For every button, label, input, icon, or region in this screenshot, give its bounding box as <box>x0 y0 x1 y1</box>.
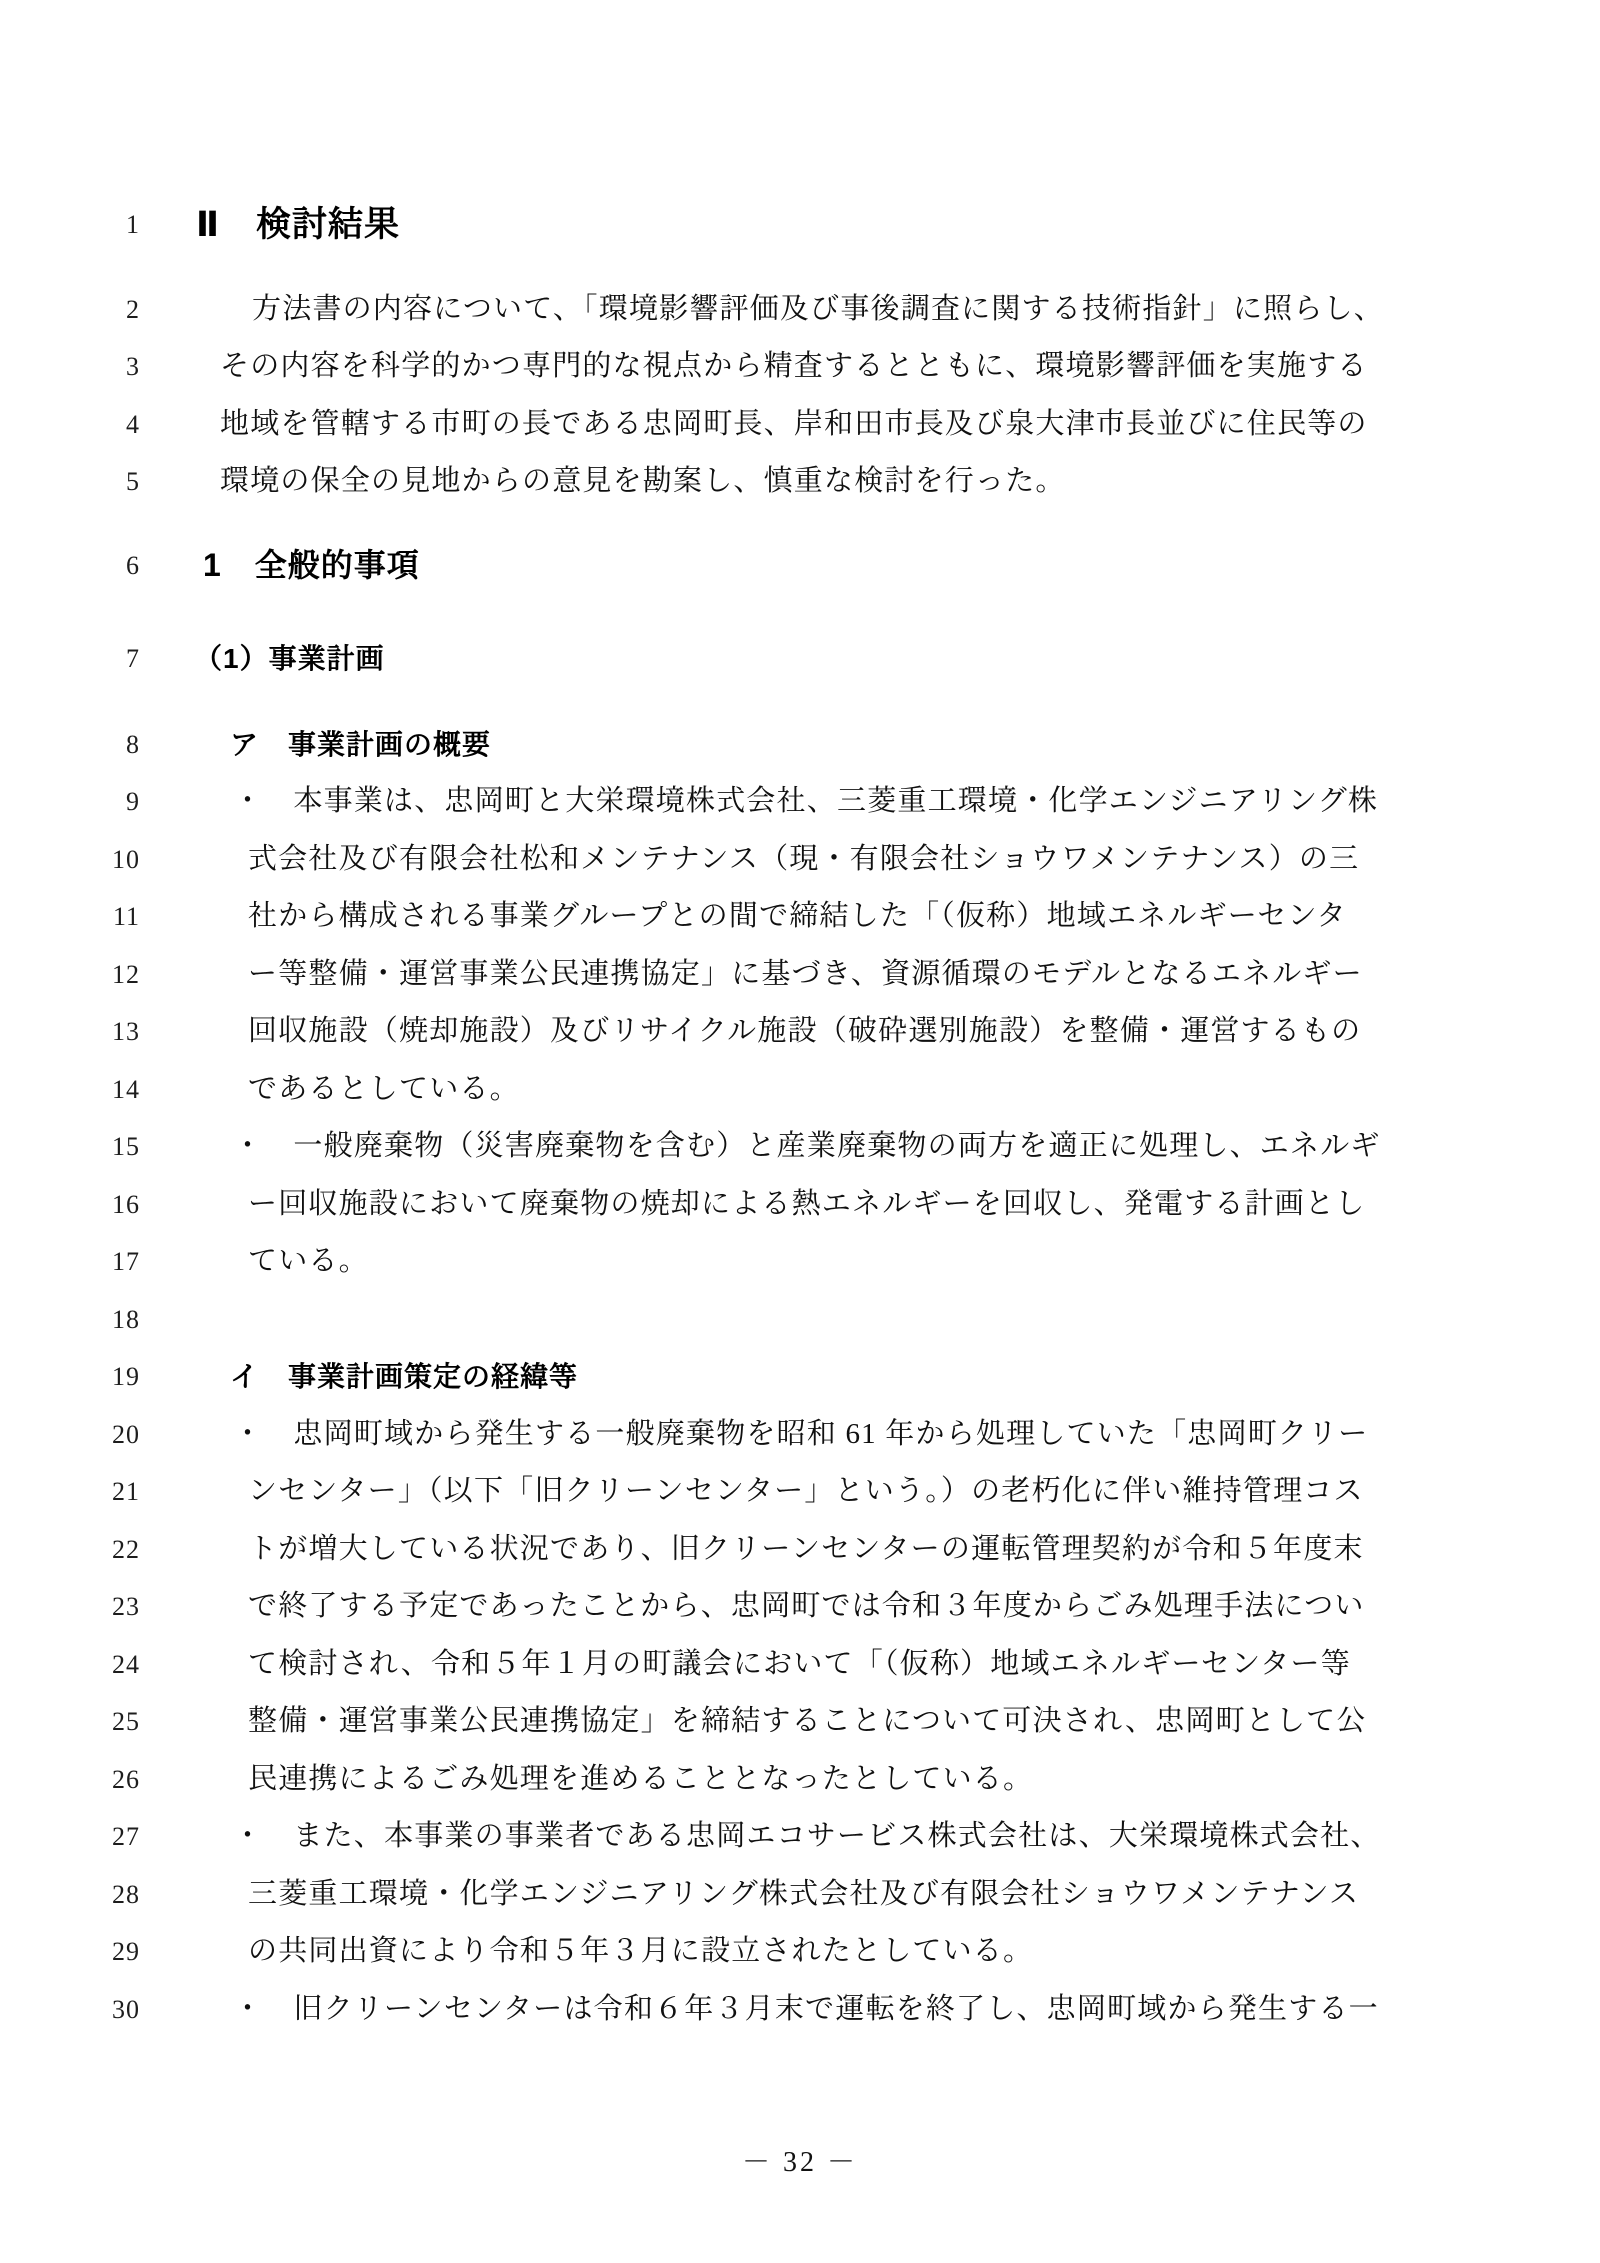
line-number: 13 <box>0 1003 140 1061</box>
line-text: ・ 忠岡町域から発生する一般廃棄物を昭和 61 年から処理していた「忠岡町クリー <box>233 1406 1600 1464</box>
document-line: 24 て検討され、令和５年１月の町議会において「（仮称）地域エネルギーセンター等 <box>0 1636 1600 1694</box>
section-heading-business-plan-overview: 8 ア 事業計画の概要 <box>0 716 1600 774</box>
line-number: 16 <box>0 1176 140 1234</box>
line-number: 21 <box>0 1463 140 1521</box>
line-text: 方法書の内容について、「環境影響評価及び事後調査に関する技術指針」に照らし、 <box>252 281 1600 339</box>
document-line: 12 ー等整備・運営事業公民連携協定」に基づき、資源循環のモデルとなるエネルギー <box>0 946 1600 1004</box>
document-line: 25 整備・運営事業公民連携協定」を締結することについて可決され、忠岡町として公 <box>0 1693 1600 1751</box>
line-number: 6 <box>0 537 140 595</box>
document-line: 17 ている。 <box>0 1233 1600 1291</box>
line-number: 29 <box>0 1923 140 1981</box>
line-text: で終了する予定であったことから、忠岡町では令和３年度からごみ処理手法につい <box>248 1578 1600 1636</box>
document-line: 5 環境の保全の見地からの意見を勘案し、慎重な検討を行った。 <box>0 453 1600 511</box>
line-number: 28 <box>0 1866 140 1924</box>
line-text: 回収施設（焼却施設）及びリサイクル施設（破砕選別施設）を整備・運営するもの <box>248 1003 1600 1061</box>
line-number: 26 <box>0 1751 140 1809</box>
section-heading-review-results: 1 Ⅱ 検討結果 <box>0 196 1600 254</box>
line-text: ・ 一般廃棄物（災害廃棄物を含む）と産業廃棄物の両方を適正に処理し、エネルギ <box>233 1118 1600 1176</box>
line-number: 23 <box>0 1578 140 1636</box>
line-number: 18 <box>0 1291 140 1349</box>
line-number: 19 <box>0 1348 140 1406</box>
document-line: 28 三菱重工環境・化学エンジニアリング株式会社及び有限会社ショウワメンテナンス <box>0 1866 1600 1924</box>
line-number: 27 <box>0 1808 140 1866</box>
line-text: ンセンター」（以下「旧クリーンセンター」という。）の老朽化に伴い維持管理コス <box>248 1463 1600 1521</box>
document-line: 9 ・ 本事業は、忠岡町と大栄環境株式会社、三菱重工環境・化学エンジニアリング株 <box>0 773 1600 831</box>
document-line: 4 地域を管轄する市町の長である忠岡町長、岸和田市長及び泉大津市長並びに住民等の <box>0 396 1600 454</box>
document-line: 30 ・ 旧クリーンセンターは令和６年３月末で運転を終了し、忠岡町域から発生する… <box>0 1981 1600 2039</box>
heading-text: イ 事業計画策定の経緯等 <box>230 1348 1600 1406</box>
line-number: 15 <box>0 1118 140 1176</box>
line-number: 25 <box>0 1693 140 1751</box>
document-line: 13 回収施設（焼却施設）及びリサイクル施設（破砕選別施設）を整備・運営するもの <box>0 1003 1600 1061</box>
line-text: ・ 旧クリーンセンターは令和６年３月末で運転を終了し、忠岡町域から発生する一 <box>233 1981 1600 2039</box>
line-number: 2 <box>0 281 140 339</box>
line-text: 式会社及び有限会社松和メンテナンス（現・有限会社ショウワメンテナンス）の三 <box>248 831 1600 889</box>
document-line: 2 方法書の内容について、「環境影響評価及び事後調査に関する技術指針」に照らし、 <box>0 281 1600 339</box>
document-line: 29 の共同出資により令和５年３月に設立されたとしている。 <box>0 1923 1600 1981</box>
line-number: 7 <box>0 630 140 688</box>
line-number: 4 <box>0 396 140 454</box>
document-line: 22 トが増大している状況であり、旧クリーンセンターの運転管理契約が令和５年度末 <box>0 1521 1600 1579</box>
section-heading-business-plan: 7 （1）事業計画 <box>0 630 1600 688</box>
line-number: 24 <box>0 1636 140 1694</box>
line-text: ー等整備・運営事業公民連携協定」に基づき、資源循環のモデルとなるエネルギー <box>248 946 1600 1004</box>
line-text: ・ 本事業は、忠岡町と大栄環境株式会社、三菱重工環境・化学エンジニアリング株 <box>233 773 1600 831</box>
line-number: 1 <box>0 196 140 254</box>
line-text: トが増大している状況であり、旧クリーンセンターの運転管理契約が令和５年度末 <box>248 1521 1600 1579</box>
line-text: 整備・運営事業公民連携協定」を締結することについて可決され、忠岡町として公 <box>248 1693 1600 1751</box>
document-line: 15 ・ 一般廃棄物（災害廃棄物を含む）と産業廃棄物の両方を適正に処理し、エネル… <box>0 1118 1600 1176</box>
document-line-blank: 18 <box>0 1291 1600 1349</box>
section-heading-general-matters: 6 1 全般的事項 <box>0 537 1600 595</box>
line-text: の共同出資により令和５年３月に設立されたとしている。 <box>248 1923 1600 1981</box>
heading-text: 1 全般的事項 <box>203 537 1600 595</box>
line-text: その内容を科学的かつ専門的な視点から精査するとともに、環境影響評価を実施する <box>220 338 1600 396</box>
line-text: ている。 <box>248 1233 1600 1291</box>
line-number: 9 <box>0 773 140 831</box>
document-line: 16 ー回収施設において廃棄物の焼却による熱エネルギーを回収し、発電する計画とし <box>0 1176 1600 1234</box>
document-line: 3 その内容を科学的かつ専門的な視点から精査するとともに、環境影響評価を実施する <box>0 338 1600 396</box>
document-line: 21 ンセンター」（以下「旧クリーンセンター」という。）の老朽化に伴い維持管理コ… <box>0 1463 1600 1521</box>
heading-text: （1）事業計画 <box>194 630 1600 688</box>
line-number: 14 <box>0 1061 140 1119</box>
section-heading-business-plan-history: 19 イ 事業計画策定の経緯等 <box>0 1348 1600 1406</box>
line-text: 民連携によるごみ処理を進めることとなったとしている。 <box>248 1751 1600 1809</box>
line-number: 12 <box>0 946 140 1004</box>
line-text: であるとしている。 <box>248 1061 1600 1119</box>
line-text: 社から構成される事業グループとの間で締結した「（仮称）地域エネルギーセンタ <box>248 888 1600 946</box>
document-line: 14 であるとしている。 <box>0 1061 1600 1119</box>
line-number: 22 <box>0 1521 140 1579</box>
line-number: 17 <box>0 1233 140 1291</box>
document-line: 26 民連携によるごみ処理を進めることとなったとしている。 <box>0 1751 1600 1809</box>
line-text: ・ また、本事業の事業者である忠岡エコサービス株式会社は、大栄環境株式会社、 <box>233 1808 1600 1866</box>
document-line: 11 社から構成される事業グループとの間で締結した「（仮称）地域エネルギーセンタ <box>0 888 1600 946</box>
heading-text: ア 事業計画の概要 <box>230 716 1600 774</box>
document-line: 23 で終了する予定であったことから、忠岡町では令和３年度からごみ処理手法につい <box>0 1578 1600 1636</box>
document-line: 10 式会社及び有限会社松和メンテナンス（現・有限会社ショウワメンテナンス）の三 <box>0 831 1600 889</box>
line-number: 8 <box>0 716 140 774</box>
line-number: 30 <box>0 1981 140 2039</box>
line-text: ー回収施設において廃棄物の焼却による熱エネルギーを回収し、発電する計画とし <box>248 1176 1600 1234</box>
line-text: 三菱重工環境・化学エンジニアリング株式会社及び有限会社ショウワメンテナンス <box>248 1866 1600 1924</box>
page-number: － 32 － <box>0 2140 1600 2180</box>
heading-text: Ⅱ 検討結果 <box>196 196 1600 254</box>
line-number: 5 <box>0 453 140 511</box>
line-number: 20 <box>0 1406 140 1464</box>
line-number: 3 <box>0 338 140 396</box>
line-text: 地域を管轄する市町の長である忠岡町長、岸和田市長及び泉大津市長並びに住民等の <box>220 396 1600 454</box>
line-text: て検討され、令和５年１月の町議会において「（仮称）地域エネルギーセンター等 <box>248 1636 1600 1694</box>
line-number: 10 <box>0 831 140 889</box>
line-number: 11 <box>0 888 140 946</box>
line-text: 環境の保全の見地からの意見を勘案し、慎重な検討を行った。 <box>220 453 1600 511</box>
document-line: 27 ・ また、本事業の事業者である忠岡エコサービス株式会社は、大栄環境株式会社… <box>0 1808 1600 1866</box>
document-line: 20 ・ 忠岡町域から発生する一般廃棄物を昭和 61 年から処理していた「忠岡町… <box>0 1406 1600 1464</box>
document-page: 1 Ⅱ 検討結果 2 方法書の内容について、「環境影響評価及び事後調査に関する技… <box>0 0 1600 2263</box>
